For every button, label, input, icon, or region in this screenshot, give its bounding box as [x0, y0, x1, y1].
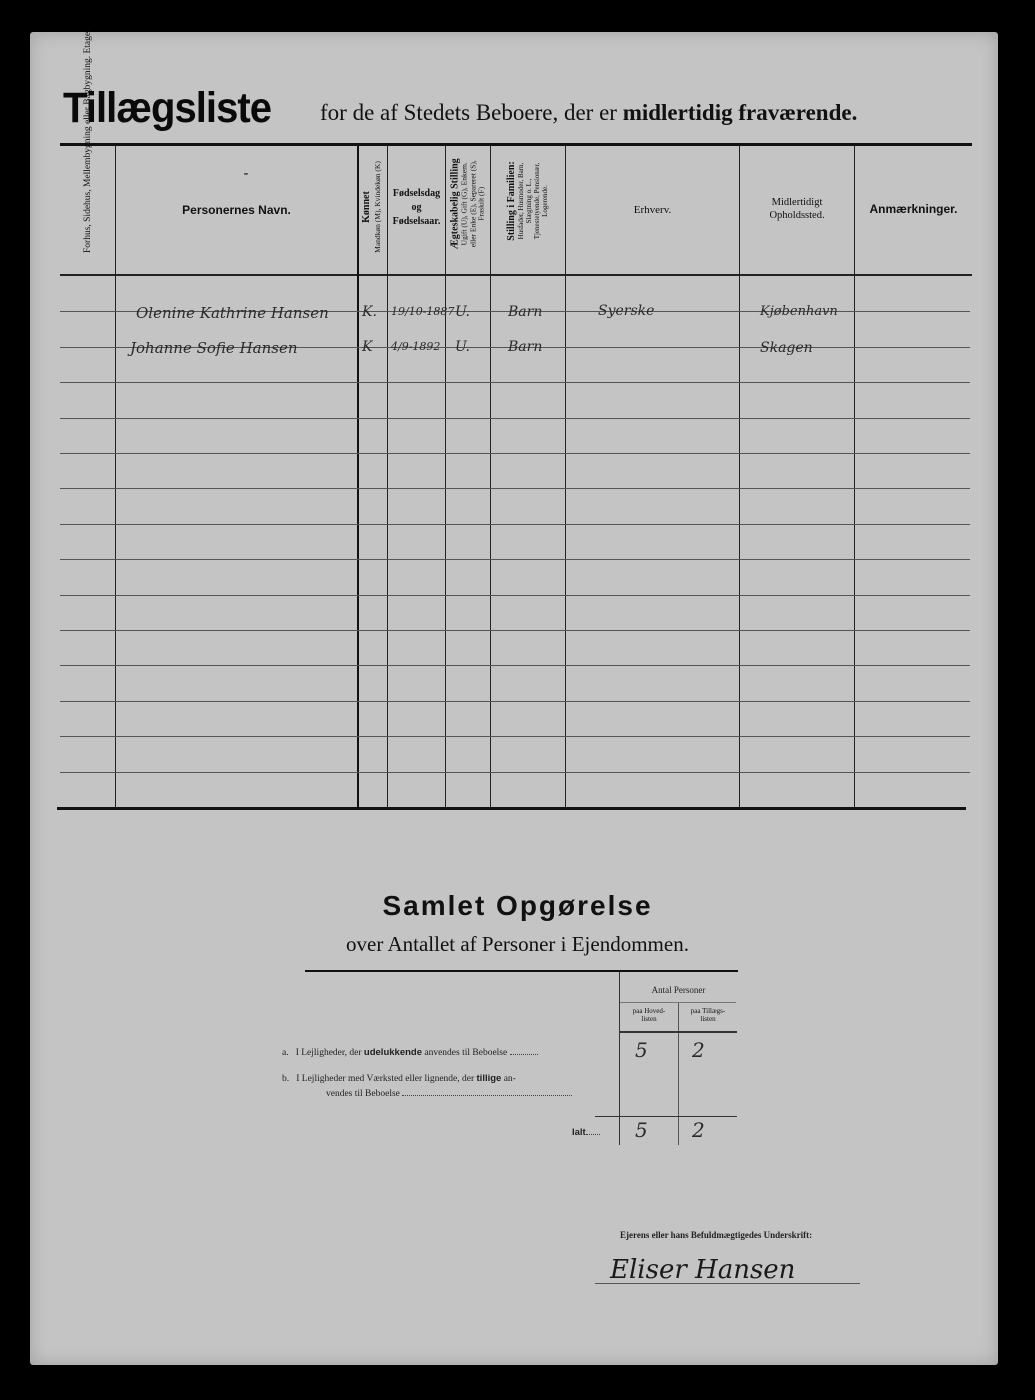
row-rule: [60, 524, 970, 525]
summary-col-main-l2: listen: [620, 1015, 678, 1023]
summary-subtitle: over Antallet af Personer i Ejendommen.: [0, 932, 1035, 957]
table-bottom-rule: [57, 807, 966, 810]
header-residence: Midlertidigt Opholdssted.: [740, 196, 854, 222]
row-rule: [60, 559, 970, 560]
summary-title: Samlet Opgørelse: [0, 890, 1035, 922]
row-b-bold: tillige: [477, 1073, 502, 1084]
row-2-sex: K: [362, 339, 372, 355]
summary-col-divider: [619, 972, 620, 1145]
header-remarks: Anmærkninger.: [855, 204, 972, 215]
row-rule: [60, 701, 970, 702]
row-a-supp-count: 2: [692, 1038, 705, 1062]
row-1-sex: K.: [362, 304, 377, 320]
summary-total-rule: [595, 1116, 737, 1117]
header-birth-l3: Fødselsaar.: [388, 216, 445, 227]
row-b-text-3: vendes til Beboelse: [326, 1089, 400, 1099]
header-family: Stilling i Familien: Husfader, Husmoder,…: [507, 143, 549, 259]
form-subtitle: for de af Stedets Beboere, der er midler…: [320, 98, 857, 128]
total-main-count: 5: [635, 1118, 648, 1142]
header-occupation: Erhverv.: [566, 205, 739, 216]
col-divider: [357, 146, 359, 808]
header-sex: Kønnet Mandkøn (M), Kvindekøn (K): [361, 157, 383, 257]
row-rule: [60, 488, 970, 489]
subtitle-text: for de af Stedets Beboere, der er: [320, 100, 623, 125]
header-family-l4: Tjenestetyende, Pensionær,: [533, 143, 541, 259]
row-2-marital: U.: [455, 339, 470, 355]
row-rule: [60, 736, 970, 737]
subtitle-bold: midlertidig fraværende.: [623, 100, 858, 125]
signature-label: Ejerens eller hans Befuldmægtigedes Unde…: [620, 1230, 812, 1240]
summary-col-divider: [678, 1002, 679, 1145]
header-family-l3: Slægtning o. L.,: [525, 143, 533, 259]
summary-col-supp: paa Tillægs- listen: [679, 1007, 737, 1023]
row-2-birth: 4/9-1892: [391, 340, 440, 353]
header-residence-l1: Midlertidigt: [740, 196, 854, 209]
row-b-text-2: an-: [501, 1074, 516, 1084]
header-marital: Ægteskabelig Stilling Ugift (U), Gift (G…: [450, 145, 486, 263]
summary-total-label: Ialt: [572, 1127, 600, 1138]
summary-subheader-rule: [620, 1002, 736, 1003]
summary-col-supp-l1: paa Tillægs-: [679, 1007, 737, 1015]
row-a-prefix: a.: [282, 1048, 289, 1058]
row-b-text: I Lejligheder med Værksted eller lignend…: [296, 1074, 476, 1084]
header-family-l2: Husfader, Husmoder, Barn,: [517, 143, 525, 259]
header-building: Forhus, Sidehus, Mellembygning eller Bag…: [83, 153, 93, 253]
row-1-family: Barn: [508, 304, 542, 320]
header-bottom-rule: [60, 274, 972, 276]
row-a-bold: udelukkende: [364, 1047, 422, 1058]
row-a-main-count: 5: [635, 1038, 648, 1062]
row-2-residence: Skagen: [760, 340, 813, 356]
col-divider: [739, 146, 740, 808]
col-divider: [565, 146, 566, 808]
col-divider: [490, 146, 491, 808]
header-marital-l4: Fraskilt (F): [477, 145, 486, 263]
row-rule: [60, 772, 970, 773]
row-rule: [60, 418, 970, 419]
header-residence-l2: Opholdssted.: [740, 209, 854, 222]
summary-row-b-label: b. I Lejligheder med Værksted eller lign…: [282, 1073, 516, 1084]
row-1-marital: U.: [455, 304, 470, 320]
header-birth-l1: Fødselsdag: [388, 188, 445, 199]
row-a-text: I Lejligheder, der: [296, 1048, 364, 1058]
row-rule: [60, 382, 970, 383]
total-supp-count: 2: [692, 1118, 705, 1142]
header-name: Personernes Navn.: [116, 205, 357, 216]
summary-header-bottom-rule: [620, 1031, 737, 1033]
header-family-l1: Stilling i Familien:: [507, 143, 517, 259]
row-1-occupation: Syerske: [598, 303, 654, 319]
summary-col-main-l1: paa Hoved-: [620, 1007, 678, 1015]
row-rule: [60, 453, 970, 454]
header-birth: Fødselsdag og Fødselsaar.: [388, 188, 445, 227]
summary-top-rule: [305, 970, 738, 972]
row-rule: [60, 595, 970, 596]
row-2-family: Barn: [508, 339, 542, 355]
summary-row-a-label: a. I Lejligheder, der udelukkende anvend…: [282, 1047, 538, 1058]
form-title: Tillægsliste: [63, 84, 271, 132]
row-rule: [60, 630, 970, 631]
row-b-leader-dots: [402, 1095, 572, 1096]
col-divider: [854, 146, 855, 808]
signature-value: Eliser Hansen: [610, 1255, 795, 1285]
row-1-birth: 19/10-1887: [391, 305, 454, 318]
col-divider: [115, 146, 116, 808]
col-divider: [387, 146, 388, 808]
total-leader-dots: [586, 1134, 600, 1135]
header-sex-title: Kønnet: [361, 157, 372, 257]
summary-row-b-label-cont: vendes til Beboelse: [326, 1089, 572, 1099]
header-family-l5: Logerende.: [541, 143, 549, 259]
summary-group-header: Antal Personer: [620, 985, 737, 995]
header-birth-l2: og: [388, 202, 445, 213]
row-b-prefix: b.: [282, 1074, 289, 1084]
row-a-leader-dots: [510, 1054, 538, 1055]
summary-col-supp-l2: listen: [679, 1015, 737, 1023]
summary-col-main: paa Hoved- listen: [620, 1007, 678, 1023]
total-label: Ialt: [572, 1127, 586, 1138]
row-rule: [60, 665, 970, 666]
row-2-name: Johanne Sofie Hansen: [130, 339, 298, 357]
row-a-text-2: anvendes til Beboelse: [422, 1048, 507, 1058]
row-1-residence: Kjøbenhavn: [760, 304, 838, 319]
header-dash: -: [236, 168, 256, 179]
col-divider: [445, 146, 446, 808]
header-sex-options: Mandkøn (M), Kvindekøn (K): [372, 157, 383, 257]
row-1-name: Olenine Kathrine Hansen: [136, 304, 329, 322]
